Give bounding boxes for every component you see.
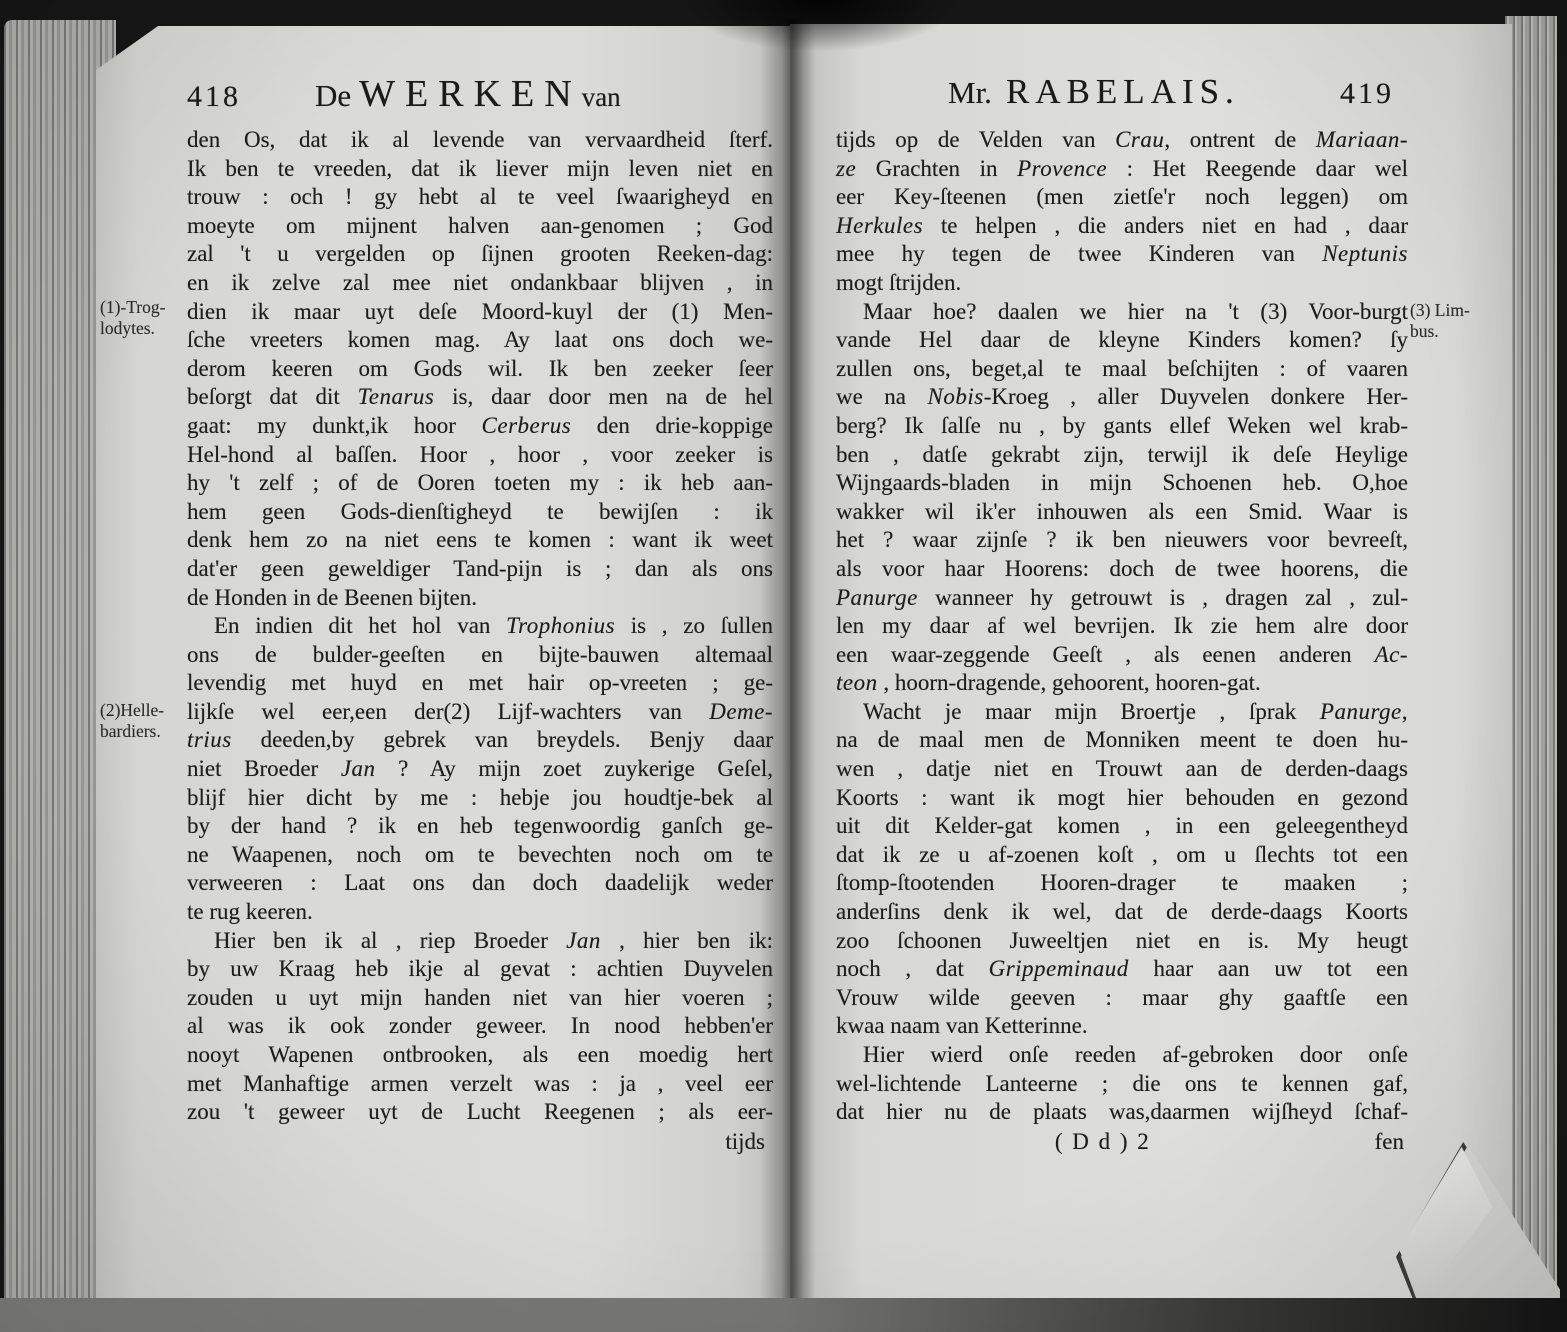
text-line: nooyt Wapenen ontbrooken, als een moedig… [187, 1041, 773, 1070]
text-line: het ? waar zijnſe ? ik ben nieuwers voor… [836, 526, 1408, 555]
text-line: zullen ons, beget,al te maal beſchijten … [836, 355, 1408, 384]
text-line: we na Nobis-Kroeg , aller Duyvelen donke… [836, 383, 1408, 412]
margin-note-3: (3) Lim- bus. [1410, 300, 1488, 342]
text-line: tijds op de Velden van Crau, ontrent de … [836, 126, 1408, 155]
text-line: na de maal men de Monniken meent te doen… [836, 726, 1408, 755]
text-line: ze Grachten in Provence : Het Reegende d… [836, 155, 1408, 184]
text-line: Hier ben ik al , riep Broeder Jan , hier… [187, 927, 773, 956]
text-line: ne Waapenen, noch om te bevechten noch o… [187, 841, 773, 870]
left-header-pre: De [315, 78, 351, 114]
text-line: Hier wierd onſe reeden af-gebroken door … [836, 1041, 1408, 1070]
text-line: wel-lichtende Lanteerne ; die ons te ken… [836, 1070, 1408, 1099]
text-line: een waar-zeggende Geeſt , als eenen ande… [836, 641, 1408, 670]
text-line: ſtomp-ſtootenden Hooren-drager te maaken… [836, 869, 1408, 898]
catchword: tijds [725, 1129, 765, 1154]
text-line: beſorgt dat dit Tenarus is, daar door me… [187, 383, 773, 412]
text-line: dat'er geen geweldiger Tand-pijn is ; da… [187, 555, 773, 584]
text-line: trouw : och ! gy hebt al te veel ſwaarig… [187, 183, 773, 212]
right-signature-row: ( D d ) 2 fen [836, 1127, 1408, 1157]
text-line: ons de bulder-geeſten en bijte-bauwen al… [187, 641, 773, 670]
dog-ear-fold [1396, 1142, 1560, 1306]
margin-note-2: (2)Helle- bardiers. [100, 700, 186, 742]
text-line: te rug keeren. [187, 898, 773, 927]
text-line: verweeren : Laat ons dan doch daadelijk … [187, 869, 773, 898]
text-line: Panurge wanneer hy getrouwt is , dragen … [836, 584, 1408, 613]
text-line: zal 't u vergelden op ſijnen grooten Ree… [187, 240, 773, 269]
text-line: vande Hel daar de kleyne Kinders komen? … [836, 326, 1408, 355]
text-line: levendig met huyd en met hair op-vreeten… [187, 669, 773, 698]
text-line: Koorts : want ik mogt hier behouden en g… [836, 784, 1408, 813]
text-line: Hel-hond al baſſen. Hoor , hoor , voor z… [187, 441, 773, 470]
text-line: niet Broeder Jan ? Ay mijn zoet zuykerig… [187, 755, 773, 784]
text-line: hem geen Gods-dienſtigheyd te bewijſen :… [187, 498, 773, 527]
text-line: Maar hoe? daalen we hier na 't (3) Voor-… [836, 298, 1408, 327]
text-line: ben , datſe gekrabt zijn, terwijl ik deſ… [836, 441, 1408, 470]
text-line: al was ik ook zonder geweer. In nood heb… [187, 1012, 773, 1041]
text-line: len my daar af wel bevrijen. Ik zie hem … [836, 612, 1408, 641]
left-page-number: 418 [187, 80, 241, 114]
text-line: by der hand ? ik en heb tegenwoordig gan… [187, 812, 773, 841]
right-page-lines: tijds op de Velden van Crau, ontrent de … [836, 126, 1408, 1127]
right-header-title: RABELAIS. [1006, 72, 1240, 112]
text-line: ſche vreeters komen mag. Ay laat ons doc… [187, 326, 773, 355]
text-line: zoo ſchoonen Juweeltjen niet en is. My h… [836, 927, 1408, 956]
text-line: En indien dit het hol van Trophonius is … [187, 612, 773, 641]
text-line: derom keeren om Gods wil. Ik ben zeeker … [187, 355, 773, 384]
text-line: moeyte om mijnent halven aan-genomen ; G… [187, 212, 773, 241]
right-page-number: 419 [1340, 77, 1394, 111]
text-line: dien ik maar uyt deſe Moord-kuyl der (1)… [187, 298, 773, 327]
text-line: den Os, dat ik al levende van vervaardhe… [187, 126, 773, 155]
right-header-pre: Mr. [948, 75, 992, 111]
text-line: Ik ben te vreeden, dat ik liever mijn le… [187, 155, 773, 184]
left-page-lines: den Os, dat ik al levende van vervaardhe… [187, 126, 773, 1127]
book-scan: 418 De WERKEN van Mr. RABELAIS. 419 den … [0, 0, 1567, 1332]
gutter-top-shadow [680, 0, 960, 52]
text-line: zouden u uyt mijn handen niet van hier v… [187, 984, 773, 1013]
text-line: trius deeden,by gebrek van breydels. Ben… [187, 726, 773, 755]
text-line: noch , dat Grippeminaud haar aan uw tot … [836, 955, 1408, 984]
text-line: anderſins denk ik wel, dat de derde-daag… [836, 898, 1408, 927]
text-line: kwaa naam van Ketterinne. [836, 1012, 1408, 1041]
text-line: zou 't geweer uyt de Lucht Reegenen ; al… [187, 1098, 773, 1127]
text-line: als voor haar Hoorens: doch de twee hoor… [836, 555, 1408, 584]
fore-edge-right [1505, 16, 1557, 1310]
text-line: Herkules te helpen , die anders niet en … [836, 212, 1408, 241]
text-line: wakker wil ik'er inhouwen als een Smid. … [836, 498, 1408, 527]
text-line: mogt ſtrijden. [836, 269, 1408, 298]
text-line: denk hem zo na niet eens te komen : want… [187, 526, 773, 555]
text-line: eer Key-ſteenen (men zietſe'r noch legge… [836, 183, 1408, 212]
left-header-post: van [582, 82, 621, 113]
text-line: wen , datje niet en Trouwt aan de derden… [836, 755, 1408, 784]
text-line: gaat: my dunkt,ik hoor Cerberus den drie… [187, 412, 773, 441]
text-line: de Honden in de Beenen bijten. [187, 584, 773, 613]
text-line: dat hier nu de plaats was,daarmen wijſhe… [836, 1098, 1408, 1127]
text-line: by uw Kraag heb ikje al gevat : achtien … [187, 955, 773, 984]
text-line: lijkſe wel eer,een der(2) Lijf-wachters … [187, 698, 773, 727]
text-line: Wacht je maar mijn Broertje , ſprak Panu… [836, 698, 1408, 727]
text-line: en ik zelve zal mee niet ondankbaar blij… [187, 269, 773, 298]
text-line: berg? Ik ſalſe nu , by gants ellef Weken… [836, 412, 1408, 441]
left-catchword-row: tijds [187, 1127, 773, 1157]
text-line: met Manhaftige armen verzelt was : ja , … [187, 1070, 773, 1099]
margin-note-1: (1)-Trog- lodytes. [100, 297, 186, 339]
text-line: blijf hier dicht by me : hebje jou houdt… [187, 784, 773, 813]
text-line: dat ik ze u af-zoenen koſt , om u ſlecht… [836, 841, 1408, 870]
text-line: hy 't zelf ; of de Ooren toeten my : ik … [187, 469, 773, 498]
signature-mark: ( D d ) 2 [1055, 1127, 1151, 1157]
left-header-title: WERKEN [359, 72, 582, 116]
text-line: uit dit Kelder-gat komen , in een geleeg… [836, 812, 1408, 841]
text-line: Wijngaards-bladen in mijn Schoenen heb. … [836, 469, 1408, 498]
text-line: teon , hoorn-dragende, gehoorent, hooren… [836, 669, 1408, 698]
text-line: Vrouw wilde geeven : maar ghy gaaftſe ee… [836, 984, 1408, 1013]
right-page-header: Mr. RABELAIS. 419 [836, 72, 1408, 112]
left-page-text: den Os, dat ik al levende van vervaardhe… [187, 126, 773, 1156]
scanner-background [0, 1298, 1567, 1332]
right-page-text: tijds op de Velden van Crau, ontrent de … [836, 126, 1408, 1156]
text-line: mee hy tegen de twee Kinderen van Neptun… [836, 240, 1408, 269]
left-page-header: 418 De WERKEN van [187, 72, 773, 116]
